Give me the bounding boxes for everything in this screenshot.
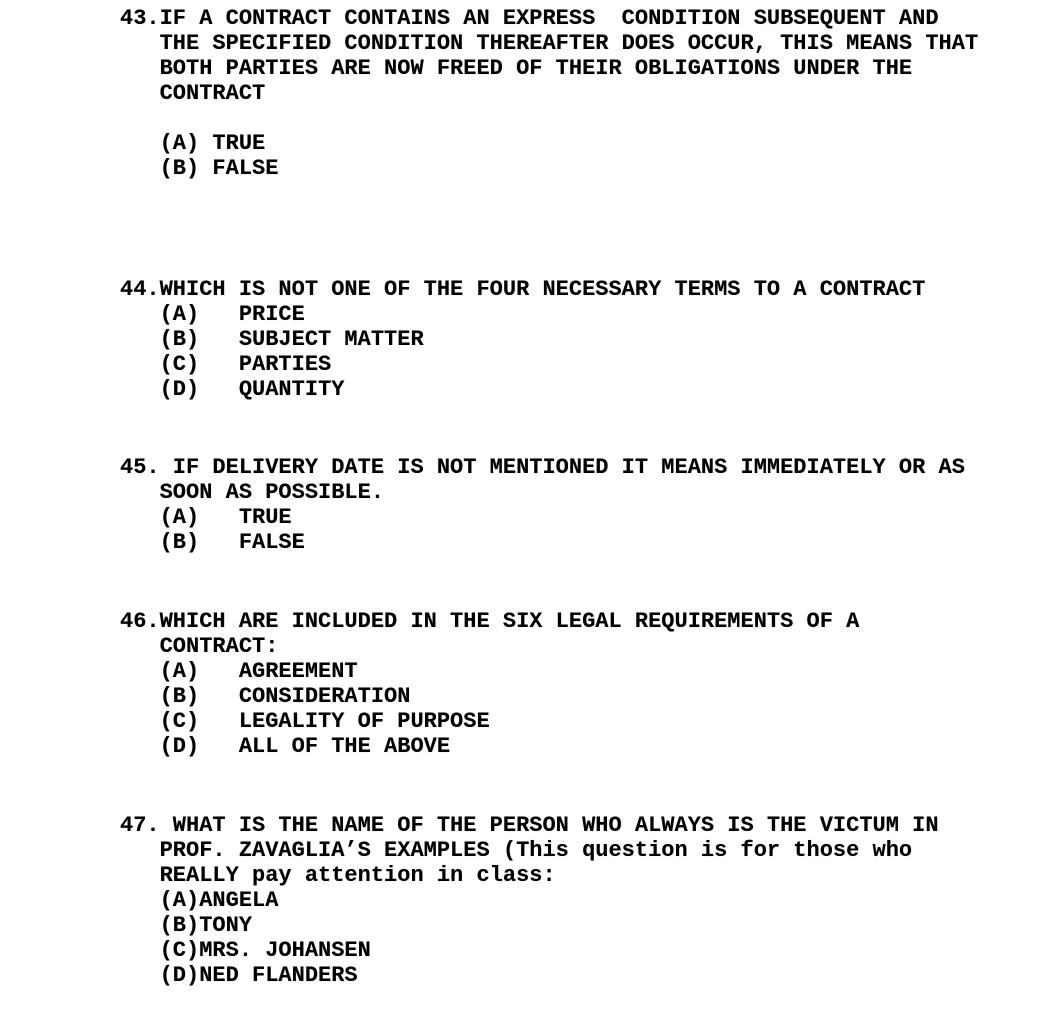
question-43: 43.IF A CONTRACT CONTAINS AN EXPRESS CON… — [120, 6, 1058, 181]
question-text-line: REALLY pay attention in class: — [120, 863, 1058, 888]
question-text-line: PROF. ZAVAGLIA’S EXAMPLES (This question… — [120, 838, 1058, 863]
question-text-line: SOON AS POSSIBLE. — [120, 480, 1058, 505]
question-43-text: 43.IF A CONTRACT CONTAINS AN EXPRESS CON… — [120, 6, 1058, 106]
answer-option-line: (A) TRUE — [120, 131, 1058, 156]
question-text-line: 47. WHAT IS THE NAME OF THE PERSON WHO A… — [120, 813, 1058, 838]
answer-option-line: (C) LEGALITY OF PURPOSE — [120, 709, 1058, 734]
answer-option-line: (A) AGREEMENT — [120, 659, 1058, 684]
question-43-options: (A) TRUE (B) FALSE — [120, 131, 1058, 181]
answer-option-line: (A)ANGELA — [120, 888, 1058, 913]
answer-option-line: (A) TRUE — [120, 505, 1058, 530]
answer-option-line: (B) FALSE — [120, 530, 1058, 555]
answer-option-line: (C)MRS. JOHANSEN — [120, 938, 1058, 963]
question-text-line: 45. IF DELIVERY DATE IS NOT MENTIONED IT… — [120, 455, 1058, 480]
question-45-text: 45. IF DELIVERY DATE IS NOT MENTIONED IT… — [120, 455, 1058, 505]
answer-option-line: (B) SUBJECT MATTER — [120, 327, 1058, 352]
question-text-line: CONTRACT — [120, 81, 1058, 106]
answer-option-line: (B) CONSIDERATION — [120, 684, 1058, 709]
question-text-line: 43.IF A CONTRACT CONTAINS AN EXPRESS CON… — [120, 6, 1058, 31]
answer-option-line: (A) PRICE — [120, 302, 1058, 327]
question-text-line: THE SPECIFIED CONDITION THEREAFTER DOES … — [120, 31, 1058, 56]
answer-option-line: (B) FALSE — [120, 156, 1058, 181]
question-text-line: CONTRACT: — [120, 634, 1058, 659]
question-47-options: (A)ANGELA (B)TONY (C)MRS. JOHANSEN (D)NE… — [120, 888, 1058, 988]
question-46-options: (A) AGREEMENT (B) CONSIDERATION (C) LEGA… — [120, 659, 1058, 759]
question-44: 44.WHICH IS NOT ONE OF THE FOUR NECESSAR… — [120, 277, 1058, 402]
question-text-line: 44.WHICH IS NOT ONE OF THE FOUR NECESSAR… — [120, 277, 1058, 302]
question-47: 47. WHAT IS THE NAME OF THE PERSON WHO A… — [120, 813, 1058, 988]
question-text-line: BOTH PARTIES ARE NOW FREED OF THEIR OBLI… — [120, 56, 1058, 81]
exam-document-page: 43.IF A CONTRACT CONTAINS AN EXPRESS CON… — [0, 0, 1058, 1016]
answer-option-line: (C) PARTIES — [120, 352, 1058, 377]
answer-option-line: (D)NED FLANDERS — [120, 963, 1058, 988]
answer-option-line: (B)TONY — [120, 913, 1058, 938]
question-46-text: 46.WHICH ARE INCLUDED IN THE SIX LEGAL R… — [120, 609, 1058, 659]
question-45: 45. IF DELIVERY DATE IS NOT MENTIONED IT… — [120, 455, 1058, 555]
answer-option-line: (D) QUANTITY — [120, 377, 1058, 402]
question-text-line: 46.WHICH ARE INCLUDED IN THE SIX LEGAL R… — [120, 609, 1058, 634]
question-44-options: (A) PRICE (B) SUBJECT MATTER (C) PARTIES… — [120, 302, 1058, 402]
question-47-text: 47. WHAT IS THE NAME OF THE PERSON WHO A… — [120, 813, 1058, 888]
question-44-text: 44.WHICH IS NOT ONE OF THE FOUR NECESSAR… — [120, 277, 1058, 302]
question-45-options: (A) TRUE (B) FALSE — [120, 505, 1058, 555]
question-46: 46.WHICH ARE INCLUDED IN THE SIX LEGAL R… — [120, 609, 1058, 759]
answer-option-line: (D) ALL OF THE ABOVE — [120, 734, 1058, 759]
